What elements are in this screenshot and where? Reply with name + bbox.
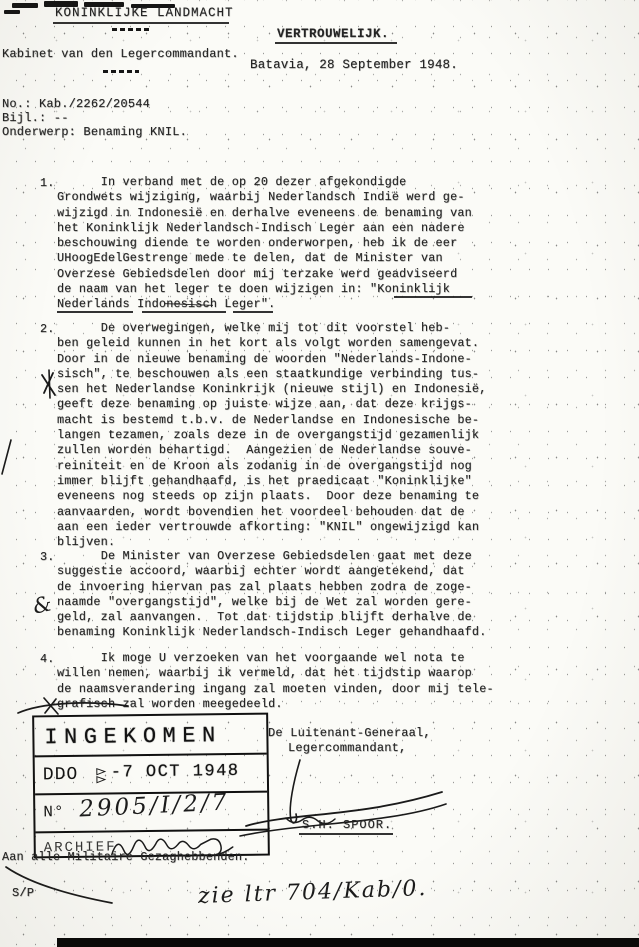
stamp-no-row: N° 2905/I/2/7 [35, 791, 267, 832]
margin-ampersand-mark: & [31, 591, 54, 618]
enclosure-line: Bijl.: -- [2, 111, 69, 126]
classification-label: VERTROUWELIJK. [277, 27, 389, 42]
margin-cross-mark [38, 368, 62, 400]
stamp-ddo-row: DDO -7 OCT 1948 [35, 753, 267, 794]
signature-name: S.H. SPOOR. [302, 818, 392, 833]
paragraph-text: In verband met de op 20 dezer afgekondig… [57, 175, 529, 313]
stamp-date-tick-marks [95, 767, 109, 785]
underline-leger [233, 311, 273, 313]
paragraph-number: 2. [40, 322, 55, 337]
paragraph-1: 1. In verband met de op 20 dezer afgekon… [57, 175, 529, 313]
office-dashes [103, 70, 139, 73]
classification-underline [275, 42, 397, 44]
ingekomen-stamp: INGEKOMEN DDO -7 OCT 1948 N° 2905/I/2/7 … [32, 713, 270, 859]
underline-indonesisch [142, 311, 226, 313]
paragraph-text: De Minister van Overzese Gebiedsdelen ga… [57, 549, 529, 641]
scanned-letter-page: KONINKLIJKE LANDMACHT VERTROUWELIJK. Kab… [0, 0, 639, 947]
stamp-ddo-label: DDO [43, 765, 79, 785]
paragraph-number: 3. [40, 550, 55, 565]
stamp-title: INGEKOMEN [34, 715, 266, 756]
subject-line: Onderwerp: Benaming KNIL. [2, 125, 187, 140]
paragraph-number: 4. [40, 652, 55, 667]
paragraph-2: 2. De overwegingen, welke mij tot dit vo… [57, 321, 529, 550]
paragraph-3: 3. De Minister van Overzese Gebiedsdelen… [57, 549, 529, 641]
org-title-dashes [112, 28, 152, 31]
org-title-underline [53, 22, 229, 24]
reference-number: No.: Kab./2262/20544 [2, 97, 150, 112]
scan-edge-bottom-bar [57, 938, 639, 947]
typist-initials: S/P [12, 886, 34, 901]
underline-nederlands [57, 311, 133, 313]
signature-title-line1: De Luitenant-Generaal, [268, 726, 431, 741]
margin-slash-mark [0, 438, 14, 478]
signature-name-underline [299, 833, 393, 835]
org-title: KONINKLIJKE LANDMACHT [55, 6, 234, 21]
handwritten-reference-note: zie ltr 704/Kab/0. [198, 876, 428, 909]
place-date-line: Batavia, 28 September 1948. [250, 58, 458, 73]
stamp-no-value-handwritten: 2905/I/2/7 [79, 789, 230, 822]
paragraph-text: De overwegingen, welke mij tot dit voors… [57, 321, 529, 550]
scan-edge-mark [12, 3, 38, 8]
scan-edge-mark [4, 10, 20, 14]
paragraph-number: 1. [40, 176, 55, 191]
office-line: Kabinet van den Legercommandant. [2, 47, 239, 62]
stamp-ddo-date: -7 OCT 1948 [111, 762, 240, 783]
underline-koninklijk [394, 296, 472, 298]
stamp-no-label: N° [43, 803, 64, 821]
